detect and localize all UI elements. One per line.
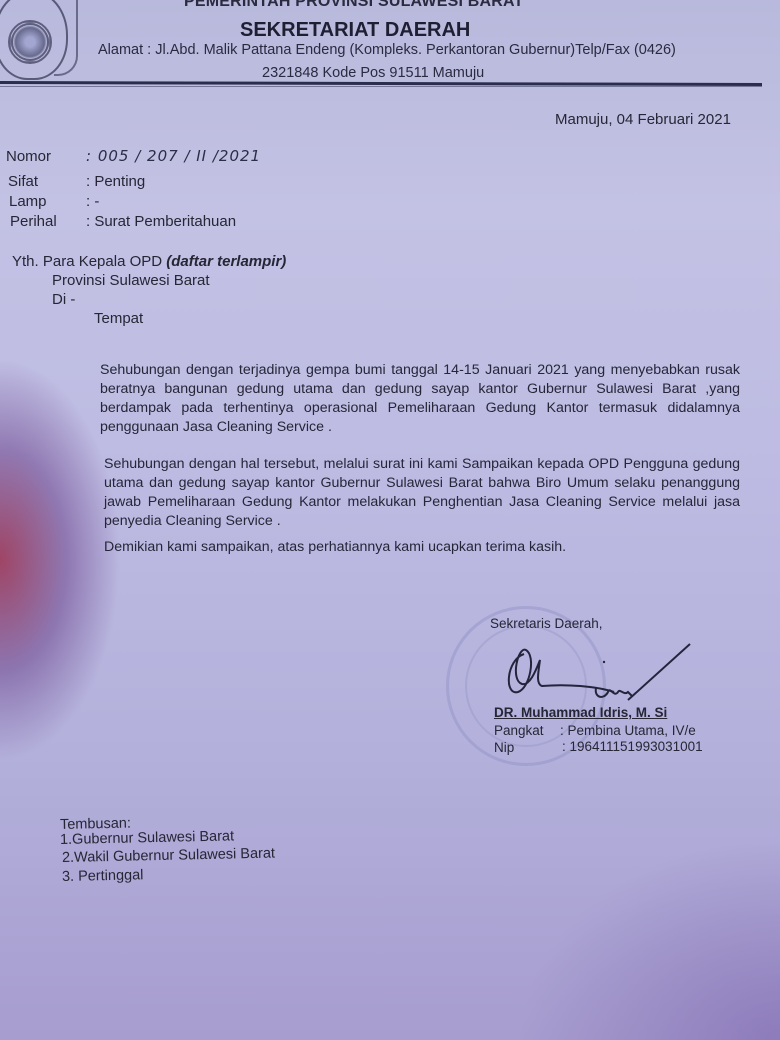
recipient-addressee: Yth. Para Kepala OPD xyxy=(12,253,162,270)
recipient-line-3: Di - xyxy=(52,291,75,308)
meta-label-sifat: Sifat xyxy=(8,173,38,190)
body-paragraph-1: Sehubungan dengan terjadinya gempa bumi … xyxy=(100,361,740,437)
meta-value-perihal: : Surat Pemberitahuan xyxy=(86,213,236,230)
body-paragraph-2: Sehubungan dengan hal tersebut, melalui … xyxy=(104,455,740,531)
meta-value-nomor: : 005 / 207 / II /2021 xyxy=(86,147,261,165)
body-paragraph-3: Demikian kami sampaikan, atas perhatiann… xyxy=(104,538,744,557)
meta-value-sifat: : Penting xyxy=(86,173,145,190)
letterhead-government: PEMERINTAH PROVINSI SULAWESI BARAT xyxy=(184,0,524,11)
recipient-line-2: Provinsi Sulawesi Barat xyxy=(52,272,210,289)
cc-item-3: 3. Pertinggal xyxy=(62,867,144,885)
signatory-nip-label: Nip xyxy=(494,740,514,755)
recipient-line-1: Yth. Para Kepala OPD (daftar terlampir) xyxy=(12,253,286,270)
signatory-rank-value: : Pembina Utama, IV/e xyxy=(560,723,696,738)
signatory-rank-label: Pangkat xyxy=(494,723,544,738)
signatory-name: DR. Muhammad Idris, M. Si xyxy=(494,705,667,720)
letterhead-address: Alamat : Jl.Abd. Malik Pattana Endeng (K… xyxy=(98,42,676,58)
meta-value-lamp: : - xyxy=(86,193,99,210)
cc-item-1: 1.Gubernur Sulawesi Barat xyxy=(60,828,234,848)
meta-label-lamp: Lamp xyxy=(9,193,47,210)
handwritten-signature-icon xyxy=(496,640,696,706)
recipient-line-4: Tempat xyxy=(94,310,143,327)
meta-label-perihal: Perihal xyxy=(10,213,57,230)
letter-date: Mamuju, 04 Februari 2021 xyxy=(555,111,731,128)
emblem-inner xyxy=(8,20,52,64)
recipient-note: (daftar terlampir) xyxy=(166,253,286,270)
cc-item-2: 2.Wakil Gubernur Sulawesi Barat xyxy=(62,846,275,866)
letterhead-address-cont: 2321848 Kode Pos 91511 Mamuju xyxy=(262,65,484,81)
body-paragraph-1-text: Sehubungan dengan terjadinya gempa bumi … xyxy=(100,361,740,437)
letterhead-divider-thin xyxy=(0,86,762,87)
body-paragraph-3-text: Demikian kami sampaikan, atas perhatiann… xyxy=(104,538,744,557)
letterhead-office: SEKRETARIAT DAERAH xyxy=(240,19,470,42)
signatory-title: Sekretaris Daerah, xyxy=(490,616,603,631)
emblem-shield-outline xyxy=(54,0,78,76)
body-paragraph-2-text: Sehubungan dengan hal tersebut, melalui … xyxy=(104,455,740,531)
signatory-nip-value: : 196411151993031001 xyxy=(562,739,703,754)
meta-label-nomor: Nomor xyxy=(6,148,51,165)
